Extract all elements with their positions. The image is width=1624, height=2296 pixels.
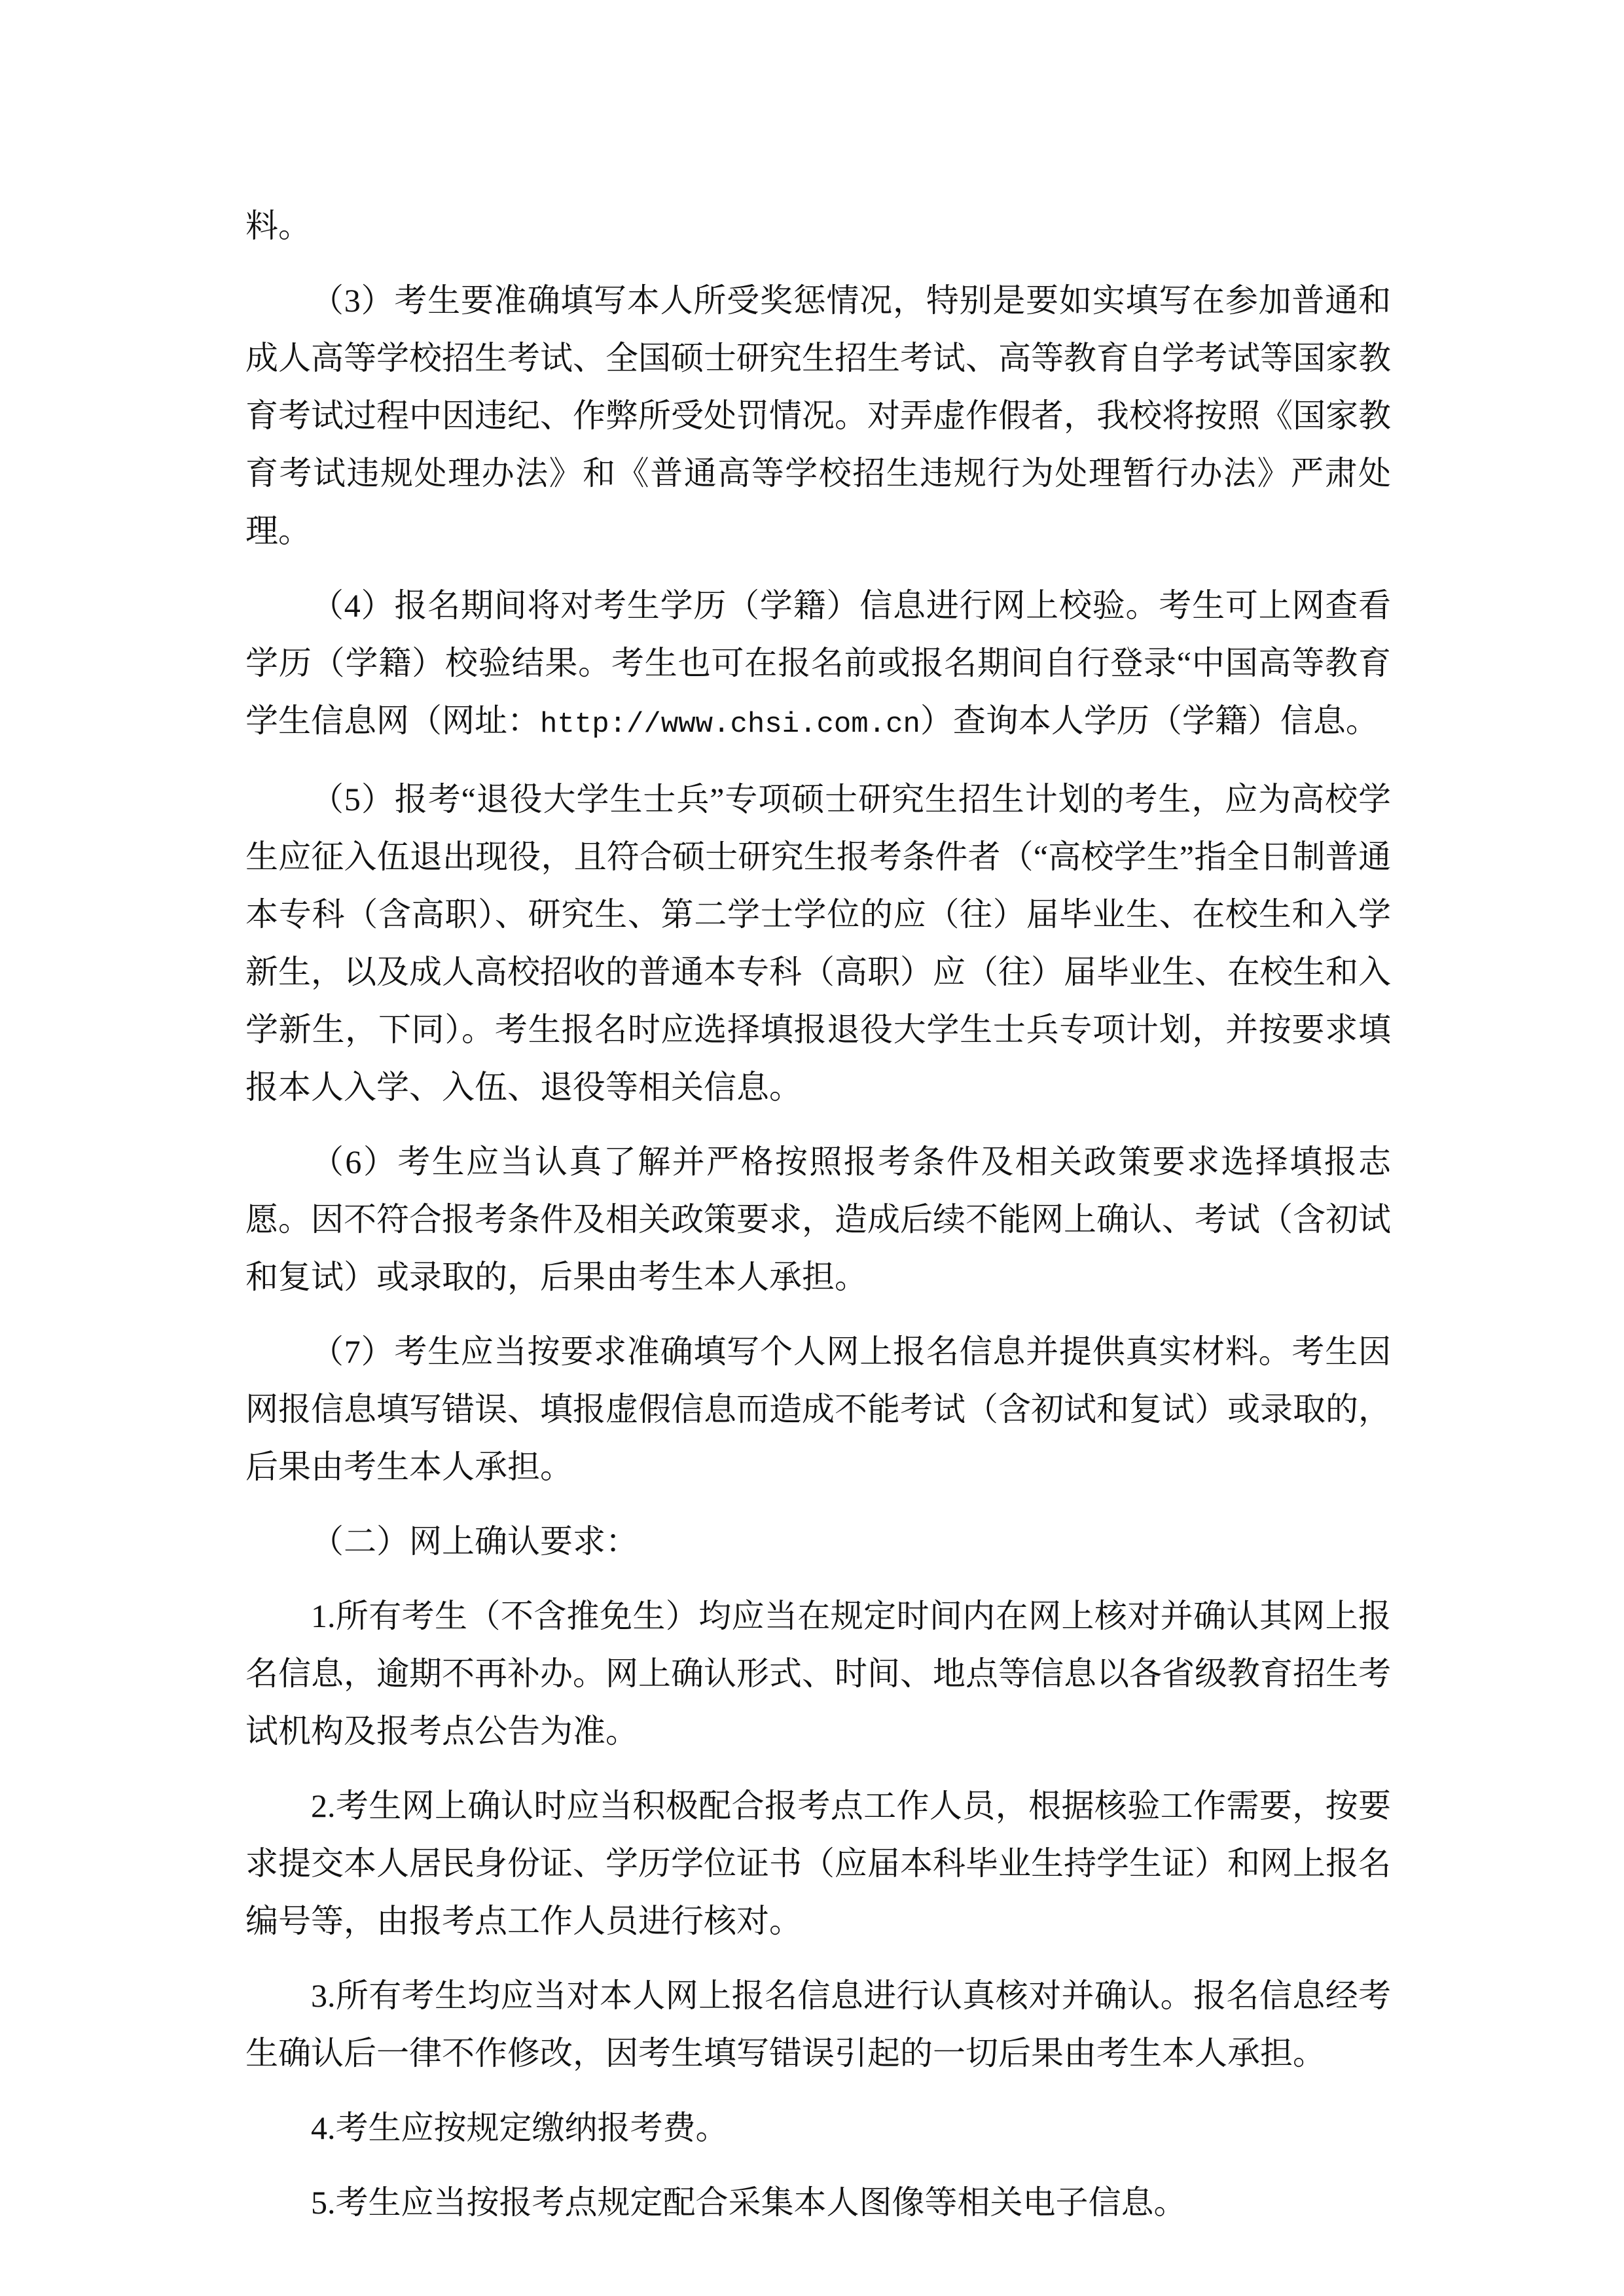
document-page: 料。（3）考生要准确填写本人所受奖惩情况，特别是要如实填写在参加普通和成人高等学… <box>0 0 1624 2296</box>
paragraph-6: （6）考生应当认真了解并严格按照报考条件及相关政策要求选择填报志愿。因不符合报考… <box>245 1133 1391 1306</box>
paragraph-5: （5）报考“退役大学生士兵”专项硕士研究生招生计划的考生，应为高校学生应征入伍退… <box>245 770 1391 1116</box>
item-3: 3.所有考生均应当对本人网上报名信息进行认真核对并确认。报名信息经考生确认后一律… <box>245 1967 1391 2082</box>
paragraph-3: （3）考生要准确填写本人所受奖惩情况，特别是要如实填写在参加普通和成人高等学校招… <box>245 272 1391 560</box>
paragraph-7: （7）考生应当按要求准确填写个人网上报名信息并提供真实材料。考生因网报信息填写错… <box>245 1323 1391 1496</box>
url-text: http://www.chsi.com.cn <box>540 708 920 741</box>
item-1: 1.所有考生（不含推免生）均应当在规定时间内在网上核对并确认其网上报名信息，逾期… <box>245 1587 1391 1760</box>
document-body: 料。（3）考生要准确填写本人所受奖惩情况，特别是要如实填写在参加普通和成人高等学… <box>245 197 1391 2231</box>
item-4: 4.考生应按规定缴纳报考费。 <box>245 2099 1391 2157</box>
item-5: 5.考生应当按报考点规定配合采集本人图像等相关电子信息。 <box>245 2174 1391 2231</box>
item-2: 2.考生网上确认时应当积极配合报考点工作人员，根据核验工作需要，按要求提交本人居… <box>245 1777 1391 1950</box>
paragraph-tail: 料。 <box>245 197 1391 255</box>
section-heading-2: （二）网上确认要求： <box>245 1513 1391 1570</box>
paragraph-4: （4）报名期间将对考生学历（学籍）信息进行网上校验。考生可上网查看学历（学籍）校… <box>245 577 1391 753</box>
